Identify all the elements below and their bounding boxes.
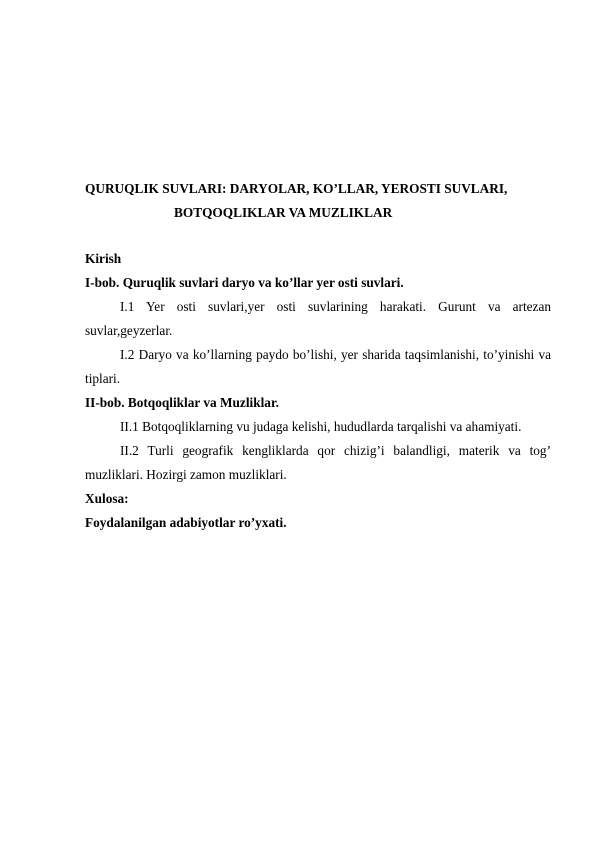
toc-section-1-1: I.1 Yer osti suvlari,yer osti suvlarinin… <box>85 295 551 343</box>
toc-section-2-1: II.1 Botqoqliklarning vu judaga kelishi,… <box>85 415 551 439</box>
toc-conclusion: Xulosa: <box>85 487 551 511</box>
title-line-2: BOTQOQLIKLAR VA MUZLIKLAR <box>85 201 551 225</box>
toc-section-1-2: I.2 Daryo va ko’llarning paydo bo’lishi,… <box>85 343 551 391</box>
page-content: QURUQLIK SUVLARI: DARYOLAR, KO’LLAR, YER… <box>85 177 551 535</box>
document-title: QURUQLIK SUVLARI: DARYOLAR, KO’LLAR, YER… <box>85 177 551 225</box>
toc-references: Foydalanilgan adabiyotlar ro’yxati. <box>85 511 551 535</box>
toc-introduction: Kirish <box>85 247 551 271</box>
toc-section-2-2: II.2 Turli geografik kengliklarda qor ch… <box>85 439 551 487</box>
toc-chapter-2: II-bob. Botqoqliklar va Muzliklar. <box>85 391 551 415</box>
title-line-1: QURUQLIK SUVLARI: DARYOLAR, KO’LLAR, YER… <box>85 177 551 201</box>
spacer <box>85 225 551 247</box>
document-page: QURUQLIK SUVLARI: DARYOLAR, KO’LLAR, YER… <box>0 0 596 842</box>
toc-chapter-1: I-bob. Quruqlik suvlari daryo va ko’llar… <box>85 271 551 295</box>
